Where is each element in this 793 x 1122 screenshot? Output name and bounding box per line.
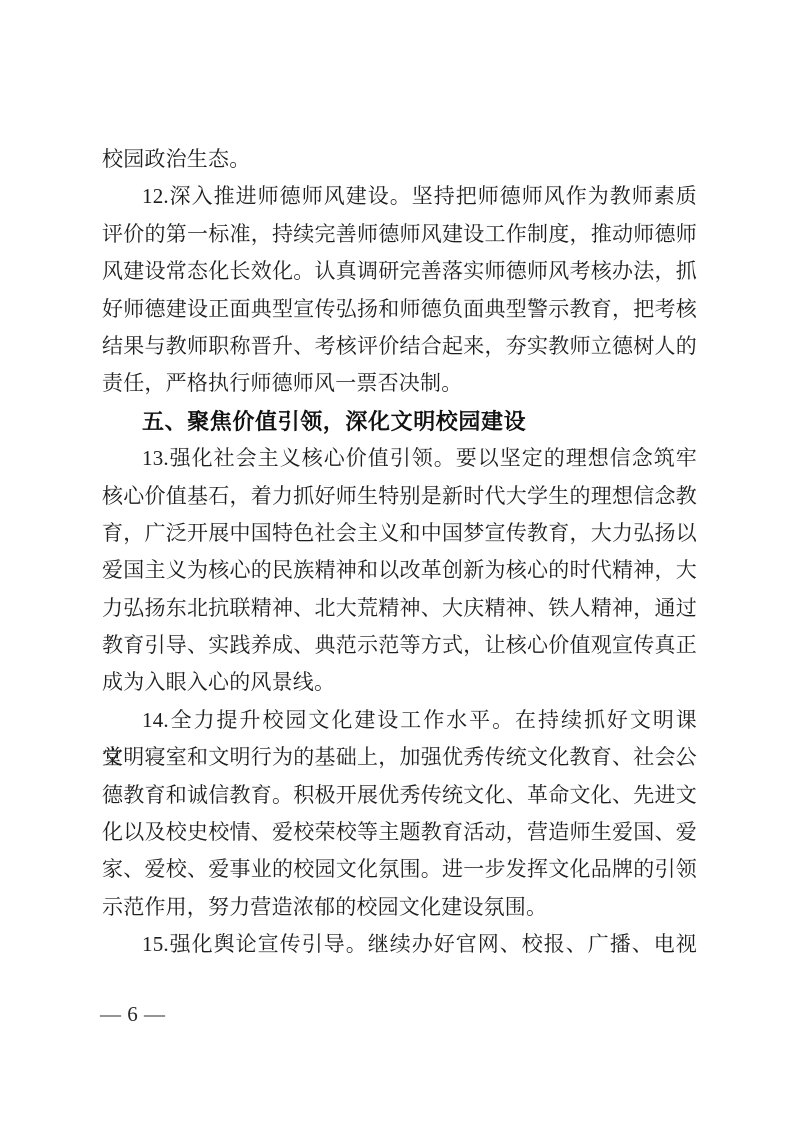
text-line: 评价的第一标准，持续完善师德师风建设工作制度，推动师德师 [102, 216, 697, 253]
text-line: 13.强化社会主义核心价值引领。要以坚定的理想信念筑牢 [102, 440, 697, 477]
text-line: 育，广泛开展中国特色社会主义和中国梦宣传教育，大力弘扬以 [102, 515, 697, 552]
text-line: 家、爱校、爱事业的校园文化氛围。进一步发挥文化品牌的引领 [102, 851, 697, 888]
text-line: 校园政治生态。 [102, 141, 697, 178]
text-line: 责任，严格执行师德师风一票否决制。 [102, 365, 697, 402]
section-heading: 五、聚焦价值引领，深化文明校园建设 [102, 403, 697, 440]
text-line: 文明寝室和文明行为的基础上，加强优秀传统文化教育、社会公 [102, 739, 697, 776]
text-line: 力弘扬东北抗联精神、北大荒精神、大庆精神、铁人精神，通过 [102, 590, 697, 627]
text-line: 核心价值基石，着力抓好师生特别是新时代大学生的理想信念教 [102, 478, 697, 515]
text-line: 成为入眼入心的风景线。 [102, 664, 697, 701]
text-line: 示范作用，努力营造浓郁的校园文化建设氛围。 [102, 889, 697, 926]
text-line: 14.全力提升校园文化建设工作水平。在持续抓好文明课堂、 [102, 702, 697, 739]
text-line: 12.深入推进师德师风建设。坚持把师德师风作为教师素质 [102, 178, 697, 215]
text-line: 好师德建设正面典型宣传弘扬和师德负面典型警示教育，把考核 [102, 291, 697, 328]
page-number: — 6 — [100, 1001, 166, 1027]
text-line: 结果与教师职称晋升、考核评价结合起来，夯实教师立德树人的 [102, 328, 697, 365]
text-line: 风建设常态化长效化。认真调研完善落实师德师风考核办法，抓 [102, 253, 697, 290]
document-body: 校园政治生态。12.深入推进师德师风建设。坚持把师德师风作为教师素质评价的第一标… [102, 141, 697, 964]
text-line: 德教育和诚信教育。积极开展优秀传统文化、革命文化、先进文 [102, 777, 697, 814]
text-line: 化以及校史校情、爱校荣校等主题教育活动，营造师生爱国、爱 [102, 814, 697, 851]
document-page: 校园政治生态。12.深入推进师德师风建设。坚持把师德师风作为教师素质评价的第一标… [0, 0, 793, 1122]
text-line: 教育引导、实践养成、典范示范等方式，让核心价值观宣传真正 [102, 627, 697, 664]
text-line: 15.强化舆论宣传引导。继续办好官网、校报、广播、电视 [102, 926, 697, 963]
text-line: 爱国主义为核心的民族精神和以改革创新为核心的时代精神，大 [102, 552, 697, 589]
